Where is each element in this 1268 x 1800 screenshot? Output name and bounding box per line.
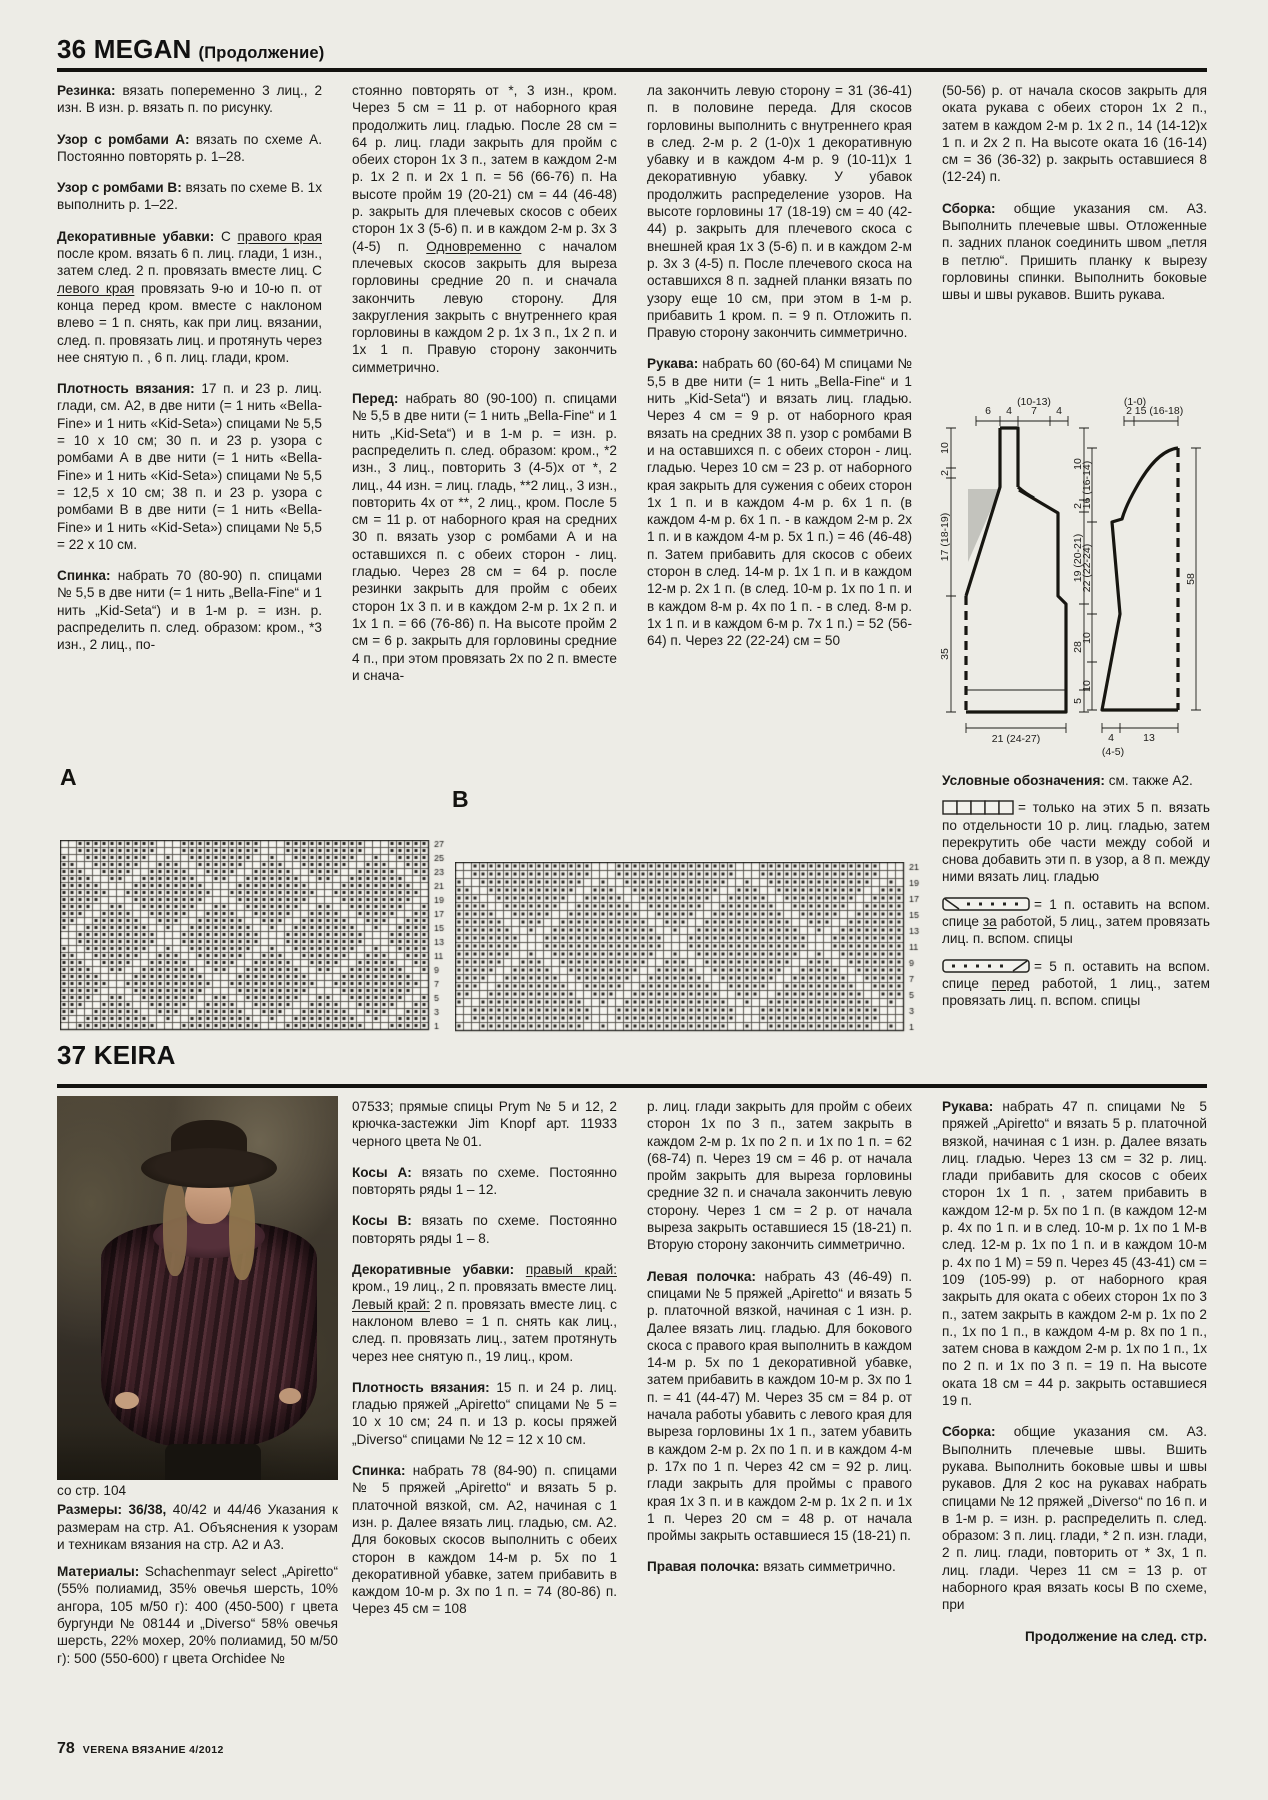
hand <box>115 1392 139 1409</box>
instruction-paragraph: Правая полочка: вязать симметрично. <box>647 1558 912 1575</box>
measurement-label: 10 <box>1081 632 1093 644</box>
measurement-label: 2 <box>1126 405 1132 417</box>
keira-header-rule <box>57 1084 1207 1088</box>
instruction-paragraph: р. лиц. глади закрыть для пройм с обеих … <box>647 1098 912 1254</box>
measurement-label: 10 <box>939 442 951 454</box>
measurement-label: 10 <box>1081 680 1093 692</box>
megan-column-1: Резинка: вязать попеременно 3 лиц., 2 из… <box>57 82 322 770</box>
measurement-label: 7 <box>1031 405 1037 417</box>
instruction-paragraph: Сборка: общие указания см. А3. Выполнить… <box>942 1423 1207 1613</box>
instruction-paragraph: Плотность вязания: 15 п. и 24 р. лиц. гл… <box>352 1379 617 1448</box>
measurement-label: (4-5) <box>1102 746 1124 758</box>
measurement-label: 15 (16-18) <box>1135 405 1183 417</box>
instruction-paragraph: стоянно повторять от *, 3 изн., кром. Че… <box>352 82 617 376</box>
legend-intro: Условные обозначения: см. также А2. <box>942 772 1210 789</box>
instruction-paragraph: Рукава: набрать 47 п. спицами № 5 пряжей… <box>942 1098 1207 1409</box>
megan-title: 36 MEGAN <box>57 34 192 64</box>
knitting-chart-b <box>455 862 939 1034</box>
instruction-paragraph: Перед: набрать 80 (90-100) п. спицами № … <box>352 390 617 684</box>
garment-schematic: (10-13) 6 4 7 4 10 2 17 (18-19) 35 10 2 … <box>938 390 1210 762</box>
measurement-label: 2 <box>939 470 951 476</box>
magazine-issue: VERENA ВЯЗАНИЕ 4/2012 <box>83 1744 224 1756</box>
sleeve-outline <box>1102 448 1178 710</box>
photo-caption: со стр. 104 <box>57 1482 338 1499</box>
megan-column-4: (50-56) р. от начала скосов закрыть для … <box>942 82 1207 382</box>
instruction-paragraph: Косы А: вязать по схеме. Постоянно повто… <box>352 1164 617 1199</box>
hair <box>163 1180 187 1276</box>
page-footer: 78VERENA ВЯЗАНИЕ 4/2012 <box>57 1740 224 1758</box>
hand <box>279 1388 301 1404</box>
instruction-paragraph: Плотность вязания: 17 п. и 23 р. лиц. гл… <box>57 380 322 553</box>
legs <box>165 1444 261 1480</box>
page-number: 78 <box>57 1740 75 1757</box>
instruction-paragraph: Декоративные убавки: С правого края посл… <box>57 228 322 366</box>
hat-brim <box>141 1148 277 1188</box>
measurement-label: 21 (24-27) <box>992 733 1040 745</box>
chart-a-label: A <box>60 764 77 791</box>
cable-5-front-icon <box>942 958 1030 974</box>
keira-title: 37 KEIRA <box>57 1040 176 1070</box>
measurement-label: 4 <box>1006 405 1012 417</box>
measurement-label: 17 (18-19) <box>939 513 951 561</box>
keira-photo <box>57 1096 338 1480</box>
instruction-paragraph: Рукава: набрать 60 (60-64) М спицами № 5… <box>647 355 912 649</box>
legend-item: = 5 п. оставить на вспом. спице перед ра… <box>942 958 1210 1010</box>
measurement-label: 6 <box>985 405 991 417</box>
megan-header-rule <box>57 68 1207 72</box>
keira-column-1: со стр. 104 Размеры: 36/38, 40/42 и 44/4… <box>57 1482 338 1740</box>
measurement-label: 58 <box>1185 573 1197 585</box>
hair <box>229 1180 255 1280</box>
instruction-paragraph: Размеры: 36/38, 40/42 и 44/46 Указания к… <box>57 1501 338 1553</box>
instruction-paragraph: (50-56) р. от начала скосов закрыть для … <box>942 82 1207 186</box>
cable-1-behind-icon <box>942 896 1030 912</box>
instruction-paragraph: Декоративные убавки: правый край: кром.,… <box>352 1261 617 1365</box>
continuation-note: Продолжение на след. стр. <box>942 1628 1207 1645</box>
instruction-paragraph: Косы В: вязать по схеме. Постоянно повто… <box>352 1212 617 1247</box>
instruction-paragraph: Спинка: набрать 70 (80-90) п. спицами № … <box>57 567 322 653</box>
five-squares-icon <box>942 800 1014 815</box>
megan-title-suffix: (Продолжение) <box>199 44 325 62</box>
keira-column-2: 07533; прямые спицы Prym № 5 и 12, 2 крю… <box>352 1098 617 1742</box>
measurement-label: 22 (22-24) <box>1081 544 1093 592</box>
instruction-paragraph: Резинка: вязать попеременно 3 лиц., 2 из… <box>57 82 322 117</box>
measurement-label: 35 <box>939 648 951 660</box>
chart-b-label: B <box>452 786 469 813</box>
instruction-paragraph: Узор с ромбами А: вязать по схеме А. Пос… <box>57 131 322 166</box>
instruction-paragraph: Спинка: набрать 78 (84-90) п. спицами № … <box>352 1462 617 1618</box>
instruction-paragraph: ла закончить левую сторону = 31 (36-41) … <box>647 82 912 341</box>
keira-section-header: 37 KEIRA <box>57 1040 176 1071</box>
magazine-page: { "megan": { "title": "36 MEGAN", "title… <box>0 0 1268 1800</box>
knitting-chart-a <box>60 840 464 1033</box>
body-outline <box>966 428 1066 712</box>
instruction-paragraph: Левая полочка: набрать 43 (46-49) п. спи… <box>647 1268 912 1545</box>
measurement-label: 5 <box>1072 698 1084 704</box>
instruction-paragraph: 07533; прямые спицы Prym № 5 и 12, 2 крю… <box>352 1098 617 1150</box>
measurement-label: 16 (16-14) <box>1081 461 1093 509</box>
legend-item: = только на этих 5 п. вязать по отдельно… <box>942 799 1210 885</box>
legend-item: = 1 п. оставить на вспом. спице за работ… <box>942 896 1210 948</box>
megan-column-3: ла закончить левую сторону = 31 (36-41) … <box>647 82 912 770</box>
megan-section-header: 36 MEGAN(Продолжение) <box>57 34 325 65</box>
measurement-label: 13 <box>1143 732 1155 744</box>
keira-column-3: р. лиц. глади закрыть для пройм с обеих … <box>647 1098 912 1742</box>
megan-column-2: стоянно повторять от *, 3 изн., кром. Че… <box>352 82 617 770</box>
legend: Условные обозначения: см. также А2. = то… <box>942 772 1210 1020</box>
instruction-paragraph: Сборка: общие указания см. А3. Выполнить… <box>942 200 1207 304</box>
measurement-label: 4 <box>1056 405 1062 417</box>
instruction-paragraph: Узор с ромбами В: вязать по схеме В. 1х … <box>57 179 322 214</box>
keira-column-4: Рукава: набрать 47 п. спицами № 5 пряжей… <box>942 1098 1207 1742</box>
instruction-paragraph: Материалы: Schachenmayr select „Apiretto… <box>57 1563 338 1667</box>
measurement-label: 4 <box>1108 732 1114 744</box>
